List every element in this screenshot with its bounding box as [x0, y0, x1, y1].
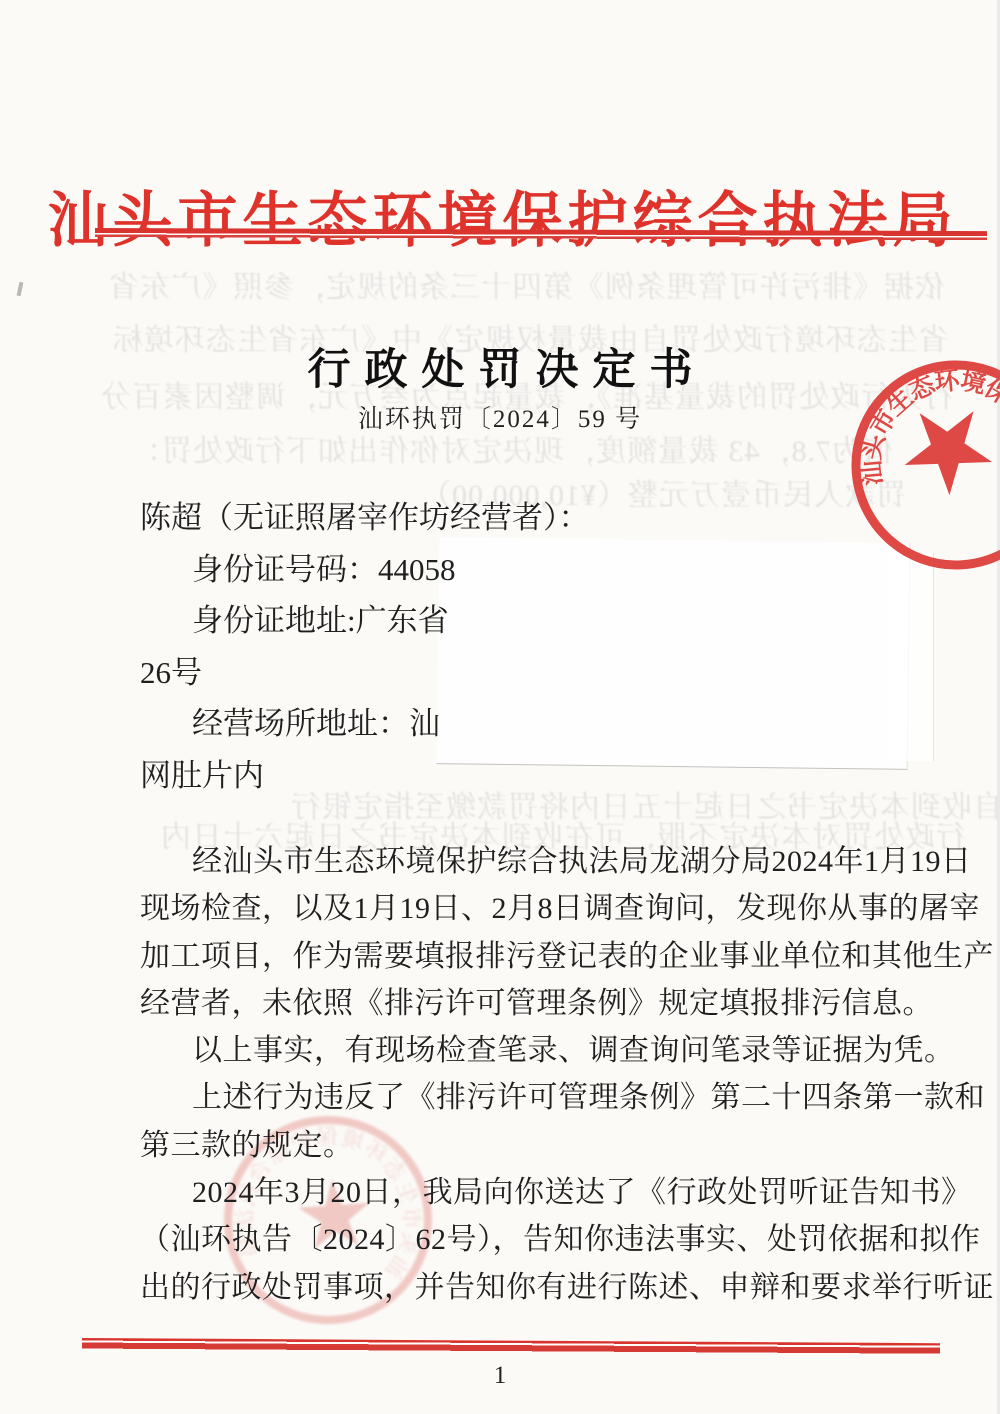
- body-paragraph-line: 出的行政处罚事项，并告知你有进行陈述、申辩和要求举行听证: [140, 1264, 930, 1311]
- seal-text: 汕头市生态环境保护综合执法局: [844, 345, 1000, 552]
- official-seal: 汕头市生态环境保护综合执法局: [830, 345, 1000, 590]
- body-paragraph-line: 经汕头市生态环境保护综合执法局龙湖分局2024年1月19日: [140, 838, 930, 885]
- body-paragraph-line: 2024年3月20日，我局向你送达了《行政处罚听证告知书》: [140, 1169, 930, 1216]
- agency-header: 汕头市生态环境保护综合执法局: [0, 173, 1000, 259]
- body-paragraph-line: 加工项目，作为需要填报排污登记表的企业事业单位和其他生产: [140, 933, 930, 980]
- body-paragraph-line: （汕环执告〔2024〕62号），告知你违法事实、处罚依据和拟作: [140, 1216, 930, 1263]
- scanned-document-page: 依据《排污许可管理条例》第四十三条的规定，参照《广东省 省生态环境行政处罚自由裁…: [0, 0, 1000, 1414]
- svg-text:汕头市生态环境保护综合执法局: 汕头市生态环境保护综合执法局: [844, 345, 1000, 552]
- recipient-salutation: 陈超（无证照屠宰作坊经营者）：: [140, 492, 920, 544]
- recipient-id-address: 身份证地址:广东省: [140, 595, 920, 647]
- body-paragraph-line: 第三款的规定。: [140, 1122, 930, 1169]
- body-paragraph-line: 现场检查，以及1月19日、2月8日调查询问，发现你从事的屠宰: [140, 885, 930, 932]
- body-paragraph-line: 上述行为违反了《排污许可管理条例》第二十四条第一款和: [140, 1074, 930, 1121]
- body-paragraph-line: 以上事实，有现场检查笔录、调查询问笔录等证据为凭。: [140, 1027, 930, 1074]
- recipient-block: 陈超（无证照屠宰作坊经营者）： 身份证号码：44058 身份证地址:广东省 26…: [140, 492, 920, 801]
- recipient-id-number: 身份证号码：44058: [140, 544, 920, 596]
- bleedthrough-line: 依据《排污许可管理条例》第四十三条的规定，参照《广东省: [108, 262, 945, 306]
- scan-speck-artifact: [17, 282, 24, 297]
- body-paragraph-line: 经营者，未依照《排污许可管理条例》规定填报排污信息。: [140, 980, 930, 1027]
- recipient-address-continuation: 网肚片内: [140, 750, 920, 802]
- page-number: 1: [0, 1362, 1000, 1390]
- recipient-address-continuation: 26号: [140, 647, 920, 699]
- recipient-business-address: 经营场所地址：汕: [140, 698, 920, 750]
- footer-rule: [82, 1338, 940, 1355]
- body-text: 经汕头市生态环境保护综合执法局龙湖分局2024年1月19日 现场检查，以及1月1…: [140, 838, 930, 1311]
